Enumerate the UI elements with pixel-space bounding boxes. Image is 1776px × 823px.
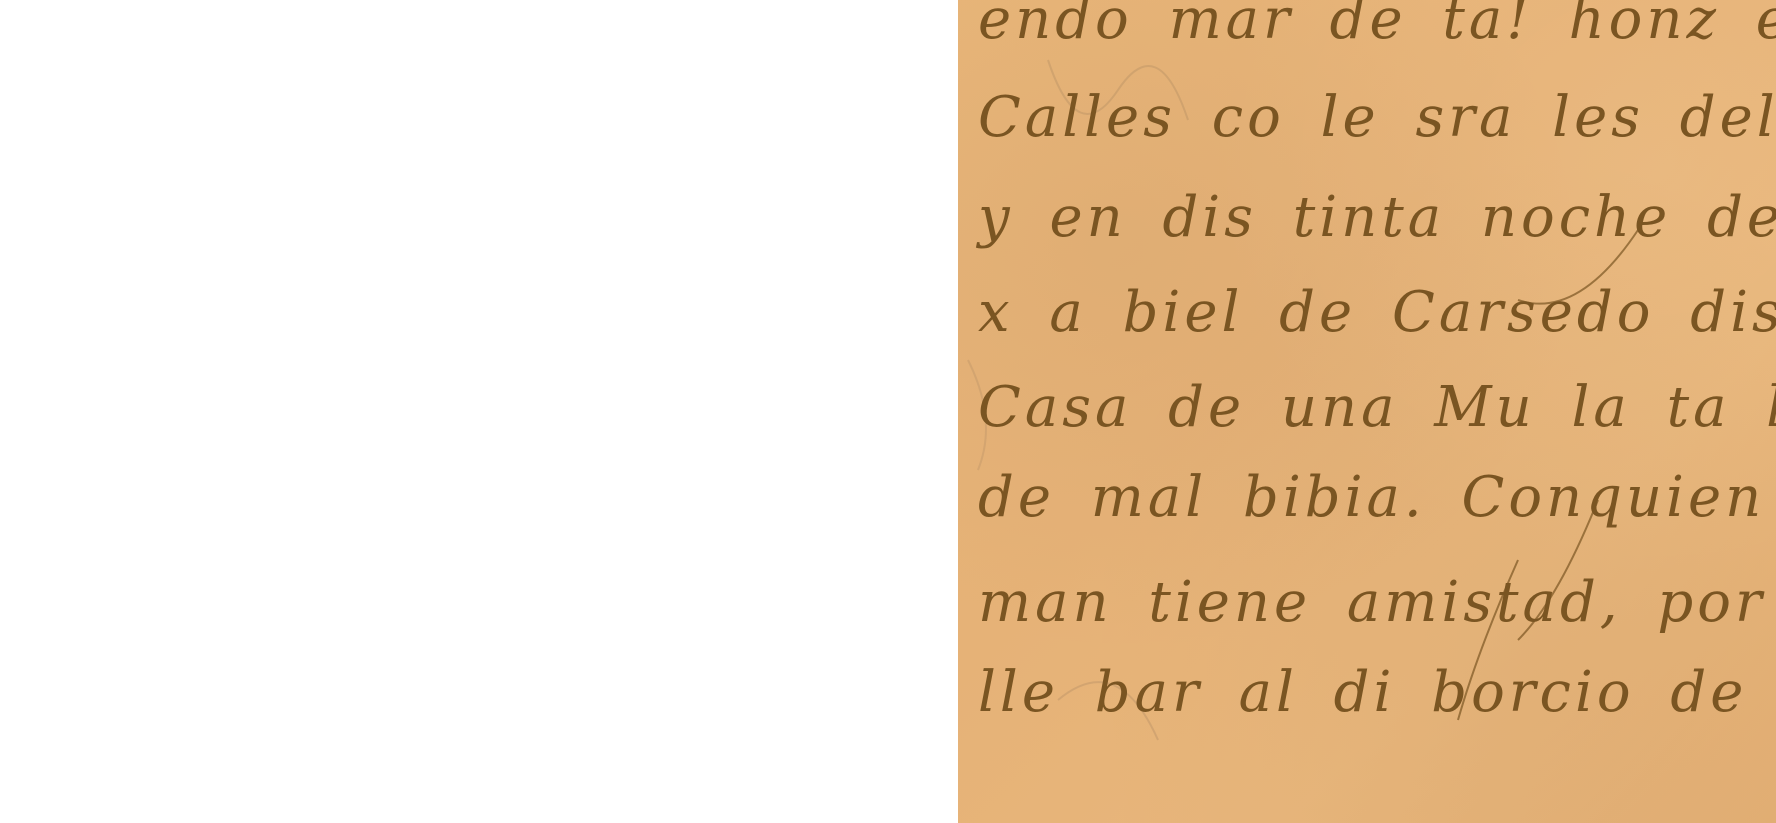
manuscript-line: Calles co le sra les del Co le xyxy=(978,90,1776,146)
manuscript-line: man tiene amistad, por c xyxy=(978,575,1776,631)
blank-panel xyxy=(0,0,958,823)
manuscript-line: lle bar al di borcio de que xe xyxy=(978,665,1776,721)
manuscript-line: de mal bibia. Conquien teng xyxy=(978,470,1776,526)
manuscript-line: y en dis tinta noche des pue xyxy=(978,190,1776,246)
manuscript-line: x a biel de Carsedo dis mi xyxy=(978,285,1776,341)
manuscript-line: endo mar de ta! honz eden e xyxy=(978,0,1776,48)
manuscript-image: endo mar de ta! honz eden e Calles co le… xyxy=(958,0,1776,823)
manuscript-line: Casa de una Mu la ta llama xyxy=(978,380,1776,436)
